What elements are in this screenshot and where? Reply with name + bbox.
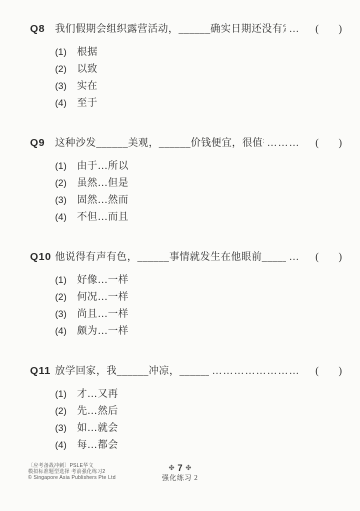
answer-bracket: ( ): [315, 248, 342, 263]
option-label: (3): [55, 192, 77, 209]
question-number: Q11: [30, 365, 55, 377]
option-row: (3) 尚且…一样: [55, 306, 350, 323]
question-stem-row: Q8 我们假期会组织露营活动，______确实日期还没有定。 … ( ): [30, 20, 350, 35]
option-label: (4): [55, 437, 77, 454]
option-row: (3) 固然…然而: [55, 192, 350, 209]
dotted-leader: ……………………: [212, 366, 300, 377]
flower-ornament-icon: ✤: [166, 465, 178, 472]
option-row: (4) 颇为…一样: [55, 323, 350, 340]
option-text: 每…都会: [77, 437, 118, 454]
answer-bracket: ( ): [315, 362, 342, 377]
option-text: 固然…然而: [77, 192, 129, 209]
option-row: (4) 每…都会: [55, 437, 350, 454]
flower-ornament-icon: ✤: [183, 465, 195, 472]
option-label: (3): [55, 420, 77, 437]
option-label: (3): [55, 306, 77, 323]
question-q10: Q10 他说得有声有色，______事情就发生在他眼前______。 … ( )…: [30, 248, 350, 340]
option-row: (4) 不但…而且: [55, 209, 350, 226]
option-row: (4) 至于: [55, 95, 350, 112]
option-label: (1): [55, 158, 77, 175]
option-text: 才…又再: [77, 386, 118, 403]
option-label: (2): [55, 289, 77, 306]
answer-bracket: ( ): [315, 134, 342, 149]
option-text: 虽然…但是: [77, 175, 129, 192]
question-number: Q10: [30, 251, 55, 263]
option-row: (2) 以致: [55, 61, 350, 78]
option-text: 好像…一样: [77, 272, 129, 289]
option-text: 至于: [77, 95, 98, 112]
answer-bracket: ( ): [315, 20, 342, 35]
option-row: (1) 好像…一样: [55, 272, 350, 289]
option-label: (3): [55, 78, 77, 95]
option-row: (3) 实在: [55, 78, 350, 95]
option-label: (1): [55, 272, 77, 289]
question-number: Q9: [30, 137, 55, 149]
option-label: (4): [55, 209, 77, 226]
question-stem-row: Q9 这种沙发______美观，______价钱便宜，很值得买。 ……… ( ): [30, 134, 350, 149]
option-row: (1) 才…又再: [55, 386, 350, 403]
option-text: 由于…所以: [77, 158, 129, 175]
worksheet-page: Q8 我们假期会组织露营活动，______确实日期还没有定。 … ( ) (1)…: [0, 0, 360, 511]
option-text: 实在: [77, 78, 98, 95]
option-label: (2): [55, 403, 77, 420]
question-q11: Q11 放学回家，我______冲凉，______做功课。 …………………… (…: [30, 362, 350, 454]
option-row: (1) 由于…所以: [55, 158, 350, 175]
option-row: (3) 如…就会: [55, 420, 350, 437]
option-text: 先…然后: [77, 403, 118, 420]
dotted-leader: …: [289, 252, 300, 263]
option-row: (1) 根据: [55, 44, 350, 61]
option-label: (2): [55, 175, 77, 192]
question-stem: 我们假期会组织露营活动，______确实日期还没有定。: [55, 20, 286, 35]
question-stem-row: Q10 他说得有声有色，______事情就发生在他眼前______。 … ( ): [30, 248, 350, 263]
page-footer: 〔应考备战冲刺〕PSLE华文 模拟标准题型选择 考前强化练习2 © Singap…: [0, 463, 360, 493]
page-number: 7: [177, 463, 182, 473]
dotted-leader: …: [289, 24, 300, 35]
question-stem: 放学回家，我______冲凉，______做功课。: [55, 362, 209, 377]
option-label: (4): [55, 95, 77, 112]
option-text: 颇为…一样: [77, 323, 129, 340]
dotted-leader: ………: [267, 138, 300, 149]
option-row: (2) 何况…一样: [55, 289, 350, 306]
option-label: (2): [55, 61, 77, 78]
option-row: (2) 先…然后: [55, 403, 350, 420]
option-text: 如…就会: [77, 420, 118, 437]
option-label: (4): [55, 323, 77, 340]
section-label: 强化练习 2: [0, 474, 360, 483]
question-stem: 他说得有声有色，______事情就发生在他眼前______。: [55, 248, 286, 263]
option-text: 何况…一样: [77, 289, 129, 306]
question-q8: Q8 我们假期会组织露营活动，______确实日期还没有定。 … ( ) (1)…: [30, 20, 350, 112]
page-number-block: ✤7✤ 强化练习 2: [0, 463, 360, 483]
question-q9: Q9 这种沙发______美观，______价钱便宜，很值得买。 ……… ( )…: [30, 134, 350, 226]
option-text: 根据: [77, 44, 98, 61]
option-label: (1): [55, 386, 77, 403]
option-text: 不但…而且: [77, 209, 129, 226]
option-text: 以致: [77, 61, 98, 78]
option-label: (1): [55, 44, 77, 61]
page-number-row: ✤7✤: [0, 463, 360, 474]
question-number: Q8: [30, 23, 55, 35]
question-stem: 这种沙发______美观，______价钱便宜，很值得买。: [55, 134, 264, 149]
option-row: (2) 虽然…但是: [55, 175, 350, 192]
question-stem-row: Q11 放学回家，我______冲凉，______做功课。 …………………… (…: [30, 362, 350, 377]
option-text: 尚且…一样: [77, 306, 129, 323]
